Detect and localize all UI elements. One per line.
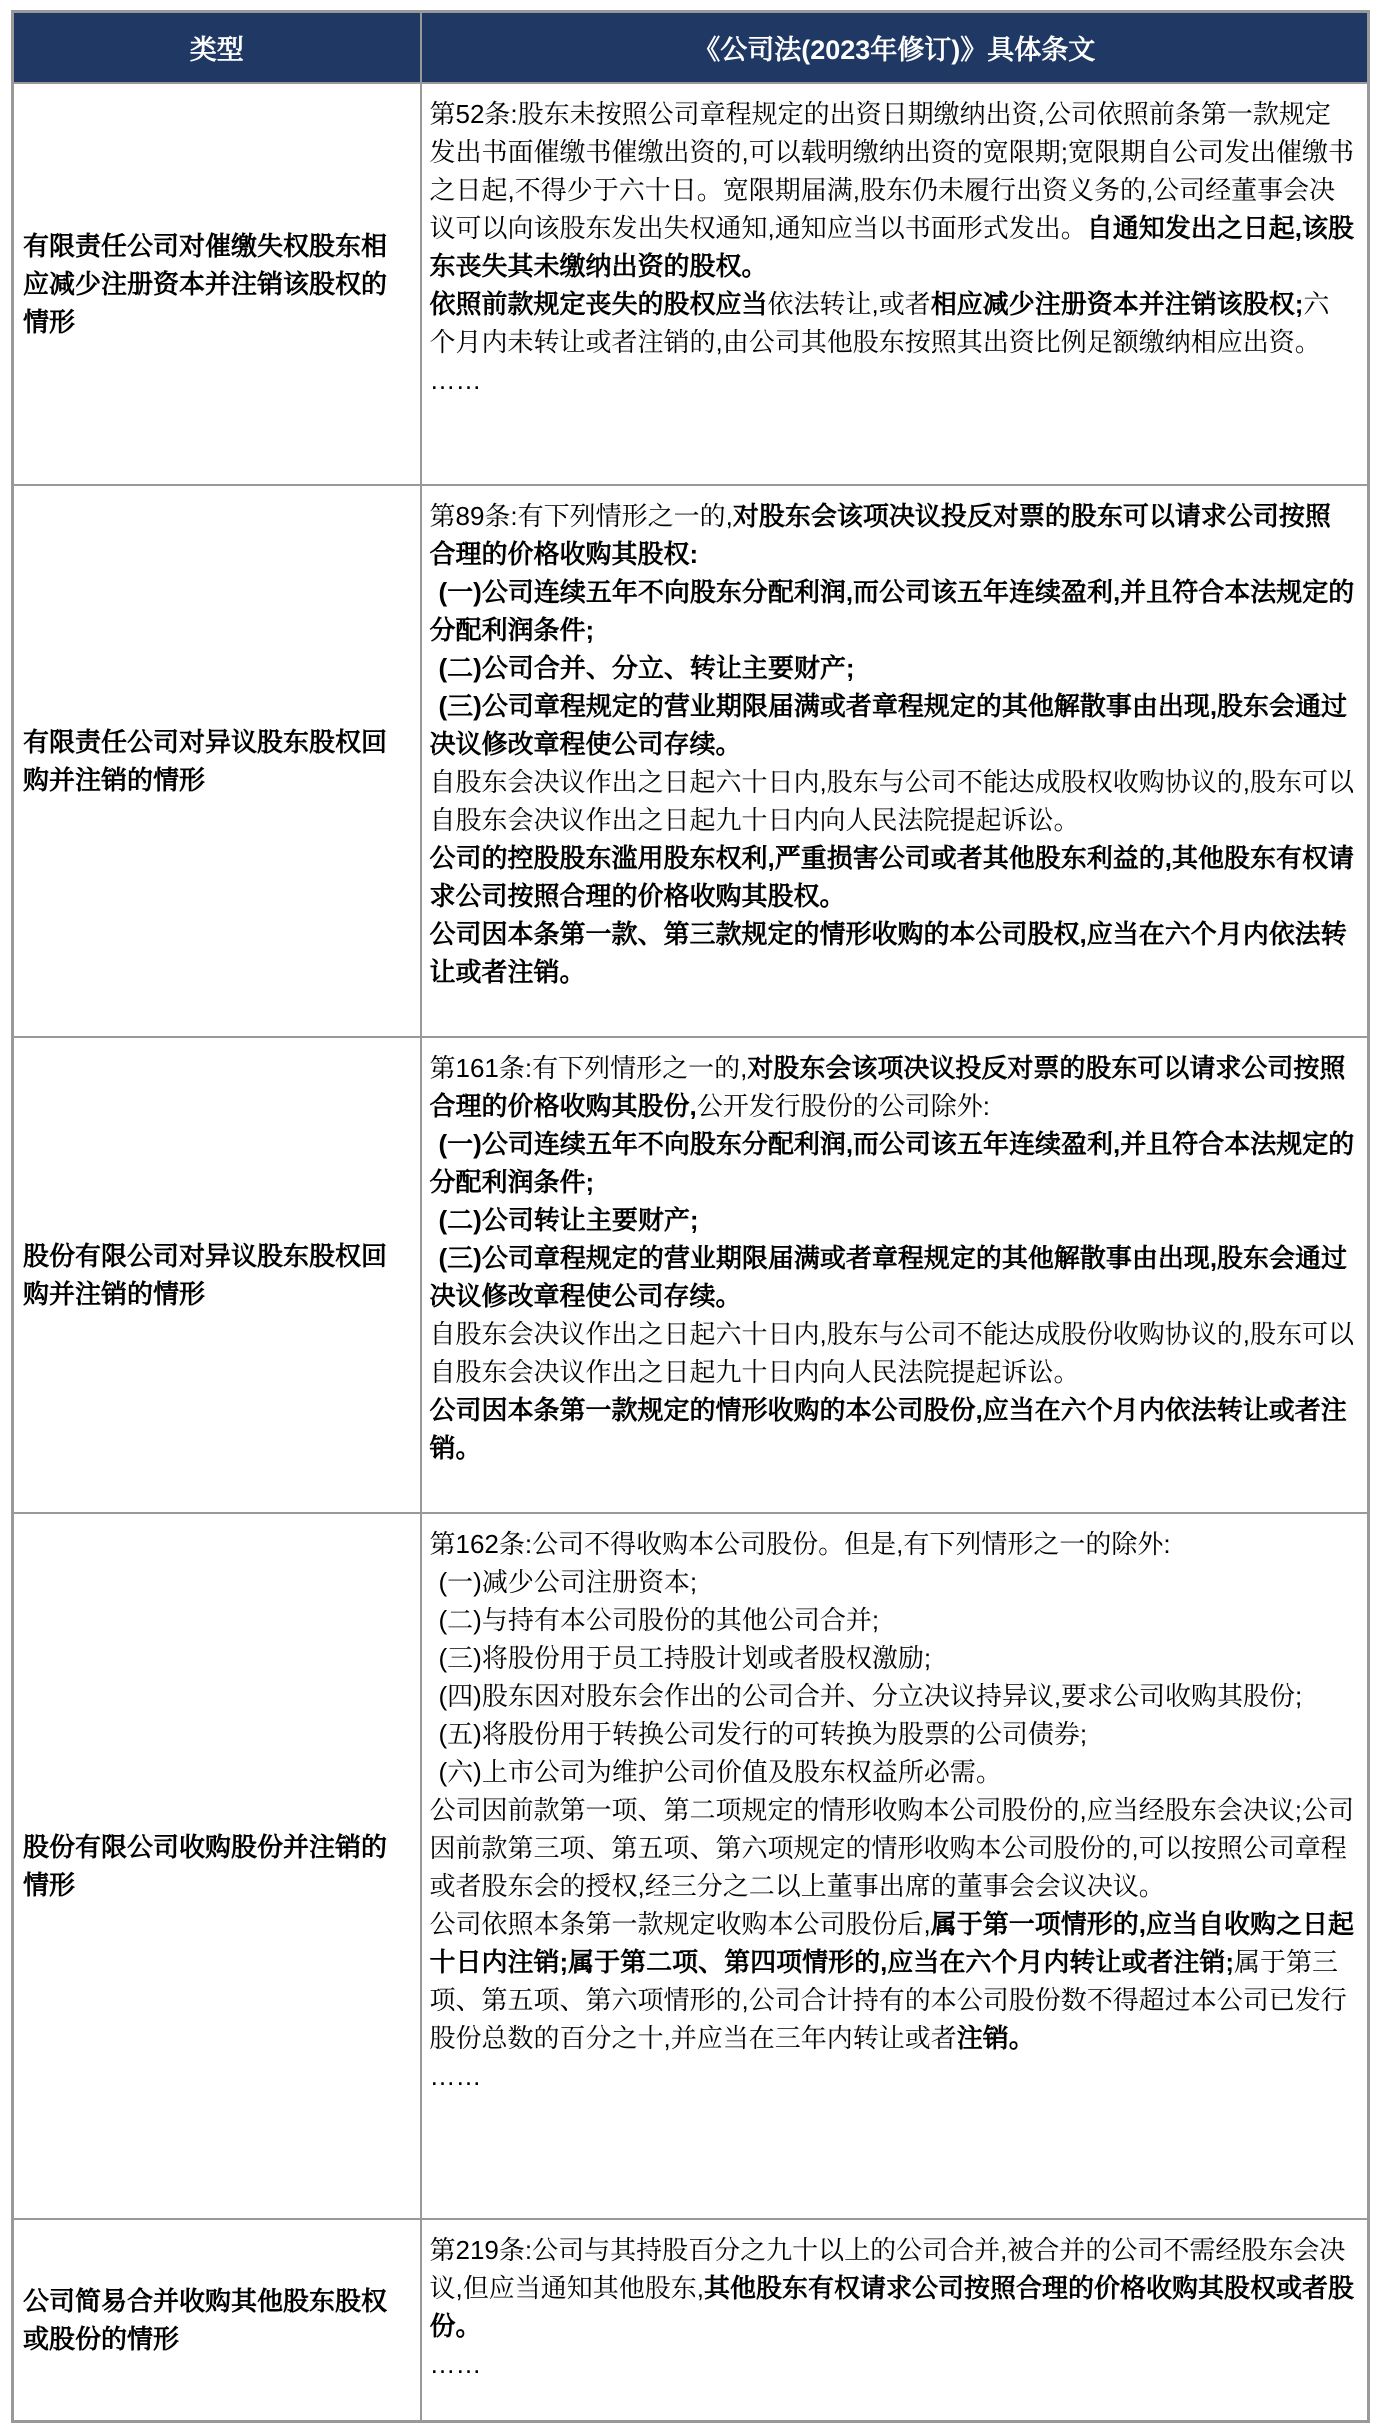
provision-paragraph: 公司因本条第一款规定的情形收购的本公司股份,应当在六个月内依法转让或者注销。 bbox=[430, 1391, 1356, 1467]
provision-paragraph: 公司因本条第一款、第三款规定的情形收购的本公司股权,应当在六个月内依法转让或者注… bbox=[430, 915, 1356, 991]
provision-paragraph: 第219条:公司与其持股百分之九十以上的公司合并,被合并的公司不需经股东会决议,… bbox=[430, 2231, 1356, 2345]
provision-paragraph: (三)将股份用于员工持股计划或者股权激励; bbox=[430, 1639, 1356, 1677]
provision-paragraph: 公司的控股股东滥用股东权利,严重损害公司或者其他股东利益的,其他股东有权请求公司… bbox=[430, 839, 1356, 915]
provision-paragraph: …… bbox=[430, 2345, 1356, 2383]
provision-paragraph: (二)与持有本公司股份的其他公司合并; bbox=[430, 1601, 1356, 1639]
provision-paragraph: (五)将股份用于转换公司发行的可转换为股票的公司债券; bbox=[430, 1715, 1356, 1753]
provision-paragraph: …… bbox=[430, 2057, 1356, 2095]
provision-paragraph: 第89条:有下列情形之一的,对股东会该项决议投反对票的股东可以请求公司按照合理的… bbox=[430, 497, 1356, 573]
provision-paragraph: (一)减少公司注册资本; bbox=[430, 1563, 1356, 1601]
row-provision-text: 第162条:公司不得收购本公司股份。但是,有下列情形之一的除外:(一)减少公司注… bbox=[421, 1513, 1369, 2219]
provision-paragraph: 第52条:股东未按照公司章程规定的出资日期缴纳出资,公司依照前条第一款规定发出书… bbox=[430, 95, 1356, 285]
provision-paragraph: (四)股东因对股东会作出的公司合并、分立决议持异议,要求公司收购其股份; bbox=[430, 1677, 1356, 1715]
provision-paragraph: 第161条:有下列情形之一的,对股东会该项决议投反对票的股东可以请求公司按照合理… bbox=[430, 1049, 1356, 1125]
table-header-row: 类型 《公司法(2023年修订)》具体条文 bbox=[13, 12, 1369, 84]
provision-paragraph: 自股东会决议作出之日起六十日内,股东与公司不能达成股权收购协议的,股东可以自股东… bbox=[430, 763, 1356, 839]
table-row: 股份有限公司收购股份并注销的情形第162条:公司不得收购本公司股份。但是,有下列… bbox=[13, 1513, 1369, 2219]
provision-paragraph: …… bbox=[430, 361, 1356, 399]
row-type-label: 有限责任公司对催缴失权股东相应减少注册资本并注销该股权的情形 bbox=[13, 83, 421, 485]
row-provision-text: 第219条:公司与其持股百分之九十以上的公司合并,被合并的公司不需经股东会决议,… bbox=[421, 2219, 1369, 2422]
provision-paragraph: (六)上市公司为维护公司价值及股东权益所必需。 bbox=[430, 1753, 1356, 1791]
row-type-label: 股份有限公司对异议股东股权回购并注销的情形 bbox=[13, 1037, 421, 1513]
row-type-label: 公司简易合并收购其他股东股权或股份的情形 bbox=[13, 2219, 421, 2422]
row-provision-text: 第161条:有下列情形之一的,对股东会该项决议投反对票的股东可以请求公司按照合理… bbox=[421, 1037, 1369, 1513]
table-row: 公司简易合并收购其他股东股权或股份的情形第219条:公司与其持股百分之九十以上的… bbox=[13, 2219, 1369, 2422]
column-header-provision: 《公司法(2023年修订)》具体条文 bbox=[421, 12, 1369, 84]
table-row: 有限责任公司对催缴失权股东相应减少注册资本并注销该股权的情形第52条:股东未按照… bbox=[13, 83, 1369, 485]
table-row: 有限责任公司对异议股东股权回购并注销的情形第89条:有下列情形之一的,对股东会该… bbox=[13, 485, 1369, 1037]
law-table-body: 有限责任公司对催缴失权股东相应减少注册资本并注销该股权的情形第52条:股东未按照… bbox=[13, 83, 1369, 2422]
column-header-type: 类型 bbox=[13, 12, 421, 84]
provision-paragraph: 第162条:公司不得收购本公司股份。但是,有下列情形之一的除外: bbox=[430, 1525, 1356, 1563]
provision-paragraph: 自股东会决议作出之日起六十日内,股东与公司不能达成股份收购协议的,股东可以自股东… bbox=[430, 1315, 1356, 1391]
provision-paragraph: (二)公司合并、分立、转让主要财产; bbox=[430, 649, 1356, 687]
provision-paragraph: (一)公司连续五年不向股东分配利润,而公司该五年连续盈利,并且符合本法规定的分配… bbox=[430, 1125, 1356, 1201]
provision-paragraph: (三)公司章程规定的营业期限届满或者章程规定的其他解散事由出现,股东会通过决议修… bbox=[430, 1239, 1356, 1315]
provision-paragraph: (一)公司连续五年不向股东分配利润,而公司该五年连续盈利,并且符合本法规定的分配… bbox=[430, 573, 1356, 649]
provision-paragraph: (三)公司章程规定的营业期限届满或者章程规定的其他解散事由出现,股东会通过决议修… bbox=[430, 687, 1356, 763]
row-provision-text: 第52条:股东未按照公司章程规定的出资日期缴纳出资,公司依照前条第一款规定发出书… bbox=[421, 83, 1369, 485]
table-row: 股份有限公司对异议股东股权回购并注销的情形第161条:有下列情形之一的,对股东会… bbox=[13, 1037, 1369, 1513]
row-type-label: 股份有限公司收购股份并注销的情形 bbox=[13, 1513, 421, 2219]
row-provision-text: 第89条:有下列情形之一的,对股东会该项决议投反对票的股东可以请求公司按照合理的… bbox=[421, 485, 1369, 1037]
provision-paragraph: (二)公司转让主要财产; bbox=[430, 1201, 1356, 1239]
company-law-provisions-table: 类型 《公司法(2023年修订)》具体条文 有限责任公司对催缴失权股东相应减少注… bbox=[11, 10, 1370, 2423]
row-type-label: 有限责任公司对异议股东股权回购并注销的情形 bbox=[13, 485, 421, 1037]
provision-paragraph: 公司依照本条第一款规定收购本公司股份后,属于第一项情形的,应当自收购之日起十日内… bbox=[430, 1905, 1356, 2057]
provision-paragraph: 公司因前款第一项、第二项规定的情形收购本公司股份的,应当经股东会决议;公司因前款… bbox=[430, 1791, 1356, 1905]
provision-paragraph: 依照前款规定丧失的股权应当依法转让,或者相应减少注册资本并注销该股权;六个月内未… bbox=[430, 285, 1356, 361]
